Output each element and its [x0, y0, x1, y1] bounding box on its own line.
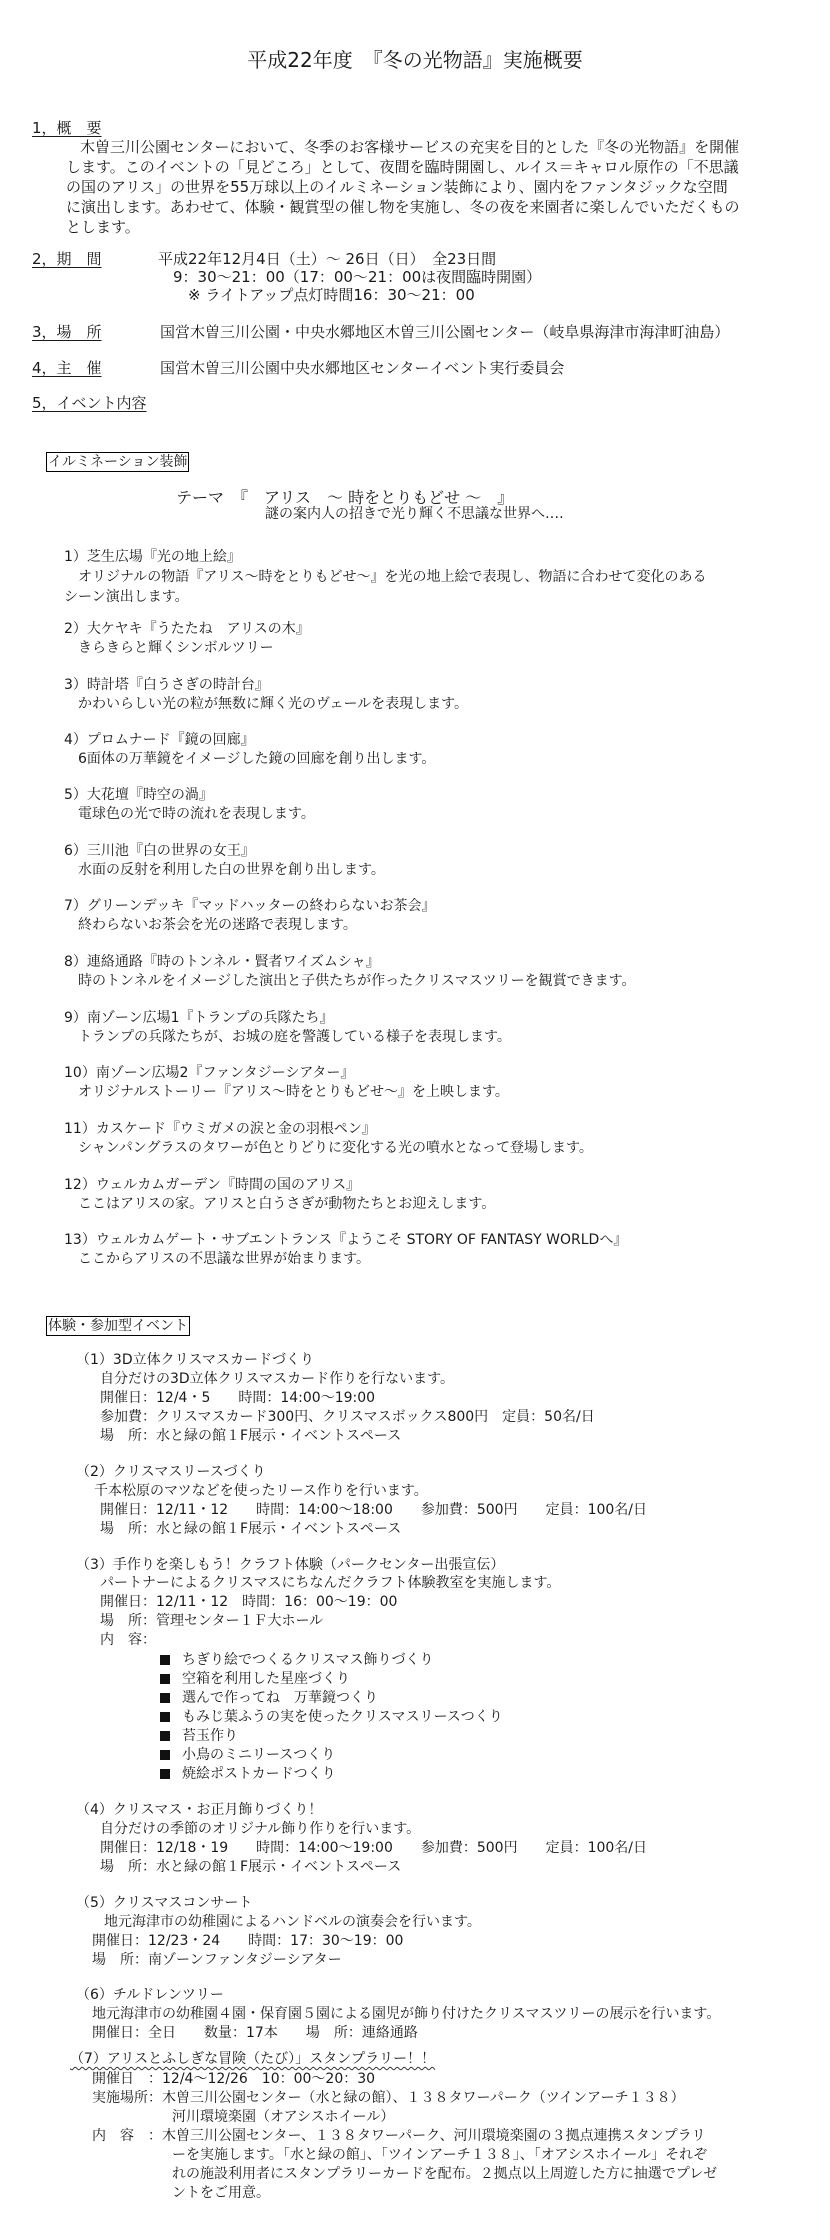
illumination-item-title: 6）三川池『白の世界の女王』 — [64, 842, 255, 861]
illumination-item-title: 1）芝生広場『光の地上絵』 — [64, 548, 241, 567]
event-line: 内 容： — [100, 1631, 156, 1650]
event-title: （4）クリスマス・お正月飾りづくり！ — [76, 1801, 322, 1820]
overview-line: 木曽三川公園センターにおいて、冬季のお客様サービスの充実を目的とした『冬の光物語… — [80, 137, 739, 157]
illumination-item-desc: 電球色の光で時の流れを表現します。 — [78, 805, 315, 824]
illumination-item-title: 4）プロムナード『鏡の回廊』 — [64, 731, 255, 750]
illumination-item-desc: きらきらと輝くシンボルツリー — [78, 639, 274, 658]
craft-bullet-item: ちぎり絵でつくるクリスマス飾りづくり — [160, 1651, 433, 1670]
section-heading-place: 3，場 所 — [32, 322, 102, 342]
illumination-item-title: 13）ウェルカムゲート・サブエントランス『ようこそ STORY OF FANTA… — [64, 1231, 627, 1250]
section-heading-host: 4，主 催 — [32, 358, 102, 378]
section-heading-events: 5，イベント内容 — [32, 393, 147, 413]
event-line: 千本松原のマツなどを使ったリース作りを行います。 — [94, 1482, 428, 1501]
event-line: 開催日：12/11・12 時間：16：00～19：00 — [100, 1593, 397, 1612]
section-heading-period: 2，期 間 — [32, 249, 102, 269]
square-bullet-icon — [160, 1750, 170, 1760]
illumination-item-title: 3）時計塔『白うさぎの時計台』 — [64, 676, 269, 695]
illumination-item-title: 8）連絡通路『時のトンネル・賢者ワイズムシャ』 — [64, 953, 380, 972]
period-hours: 9：30～21：00（17：00～21：00は夜間臨時開園） — [173, 267, 541, 287]
event-line: 場 所：水と緑の館１F展示・イベントスペース — [100, 1520, 401, 1539]
craft-bullet-item: 選んで作ってね 万華鏡つくり — [160, 1689, 378, 1708]
event-line: 場 所：水と緑の館１F展示・イベントスペース — [100, 1427, 401, 1446]
illumination-item-desc: シャンパングラスのタワーが色とりどりに変化する光の噴水となって登場します。 — [78, 1139, 593, 1158]
section-heading-overview: 1，概 要 — [32, 118, 102, 138]
event-line: 開催日：全日 数量：17本 場 所：連絡通路 — [92, 2024, 418, 2043]
illumination-item-desc: オリジナルストーリー『アリス～時をとりもどせ～』を上映します。 — [78, 1083, 509, 1102]
illumination-item-title: 9）南ゾーン広場1『トランプの兵隊たち』 — [64, 1009, 334, 1028]
illumination-item-desc: 水面の反射を利用した白の世界を創り出します。 — [78, 861, 385, 880]
event-line: 地元海津市の幼稚園によるハンドベルの演奏会を行います。 — [104, 1913, 481, 1932]
craft-bullet-item: 小鳥のミニリースつくり — [160, 1746, 335, 1765]
illumination-item-desc: かわいらしい光の粒が無数に輝く光のヴェールを表現します。 — [78, 695, 468, 714]
square-bullet-icon — [160, 1712, 170, 1722]
event-line: 場 所：水と緑の館１F展示・イベントスペース — [100, 1858, 401, 1877]
square-bullet-icon — [160, 1693, 170, 1703]
participation-label-box: 体験・参加型イベント — [46, 1316, 190, 1336]
event-title: （3）手作りを楽しもう！クラフト体験（パークセンター出張宣伝） — [76, 1556, 504, 1575]
event-title: （2）クリスマスリースづくり — [76, 1463, 266, 1482]
event-title: （5）クリスマスコンサート — [76, 1894, 252, 1913]
event-title-stamp-rally: （7）アリスとふしぎな冒険（たび）」スタンプラリー！！ — [70, 2050, 435, 2069]
illumination-item-desc: ここはアリスの家。アリスと白うさぎが動物たちとお迎えします。 — [78, 1195, 495, 1214]
illumination-item-desc: 終わらないお茶会を光の迷路で表現します。 — [78, 916, 357, 935]
place-text: 国営木曽三川公園・中央水郷地区木曽三川公園センター（岐阜県海津市海津町油島） — [160, 322, 729, 342]
illumination-item-desc: トランプの兵隊たちが、お城の庭を警護している様子を表現します。 — [78, 1028, 511, 1047]
overview-line: とします。 — [66, 217, 140, 237]
craft-bullet-item: 焼絵ポストカードつくり — [160, 1765, 336, 1784]
illumination-item-desc: 6面体の万華鏡をイメージした鏡の回廊を創り出します。 — [78, 750, 435, 769]
period-dates: 平成22年12月4日（土）～ 26日（日） 全23日間 — [158, 249, 496, 269]
illumination-item-title: 2）大ケヤキ『うたたね アリスの木』 — [64, 620, 310, 639]
illumination-label-box: イルミネーション装飾 — [46, 452, 189, 472]
document-title: 平成22年度 『冬の光物語』実施概要 — [0, 47, 830, 73]
event-line: 場 所：南ゾーンファンタジーシアター — [92, 1951, 342, 1970]
event-line: 参加費：クリスマスカード300円、クリスマスボックス800円 定員：50名/日 — [100, 1408, 595, 1427]
event-line: 開催日：12/23・24 時間：17：30～19：00 — [92, 1932, 403, 1951]
illumination-subtitle: 謎の案内人の招きで光り輝く不思議な世界へ‥‥ — [265, 505, 564, 524]
illumination-item-title: 7）グリーンデッキ『マッドハッターの終わらないお茶会』 — [64, 897, 436, 916]
illumination-item-title: 10）南ゾーン広場2『ファンタジーシアター』 — [64, 1064, 354, 1083]
event-line: ントをご用意。 — [172, 2184, 270, 2203]
craft-bullet-item: 苔玉作り — [160, 1727, 238, 1746]
craft-bullet-item: 空箱を利用した星座づくり — [160, 1670, 350, 1689]
overview-line: に演出します。あわせて、体験・観賞型の催し物を実施し、冬の夜を来園者に楽しんでい… — [66, 197, 740, 217]
event-line: ーを実施します。「水と緑の館」、「ツインアーチ１３８」、「オアシスホイール」それ… — [172, 2146, 707, 2165]
square-bullet-icon — [160, 1674, 170, 1684]
illumination-item-desc: ここからアリスの不思議な世界が始まります。 — [78, 1250, 370, 1269]
event-line: 自分だけの3D立体クリスマスカード作りを行ないます。 — [100, 1370, 454, 1389]
event-line: 場 所：管理センター１Ｆ大ホール — [100, 1612, 323, 1631]
event-line: 内 容 ：木曽三川公園センター、１３８タワーパーク、河川環境楽園の３拠点連携スタ… — [92, 2127, 706, 2146]
event-line: 開催日：12/4・5 時間：14:00～19:00 — [100, 1389, 375, 1408]
host-text: 国営木曽三川公園中央水郷地区センターイベント実行委員会 — [160, 358, 564, 378]
event-title: （1）3D立体クリスマスカードづくり — [76, 1351, 314, 1370]
illumination-item-title: 11）カスケード『ウミガメの涙と金の羽根ペン』 — [64, 1120, 376, 1139]
overview-line: の国のアリス」の世界を55万球以上のイルミネーション装飾により、園内をファンタジ… — [66, 177, 728, 197]
craft-bullet-item: もみじ葉ふうの実を使ったクリスマスリースつくり — [160, 1708, 503, 1727]
illumination-item-title: 5）大花壇『時空の渦』 — [64, 786, 213, 805]
event-line: 河川環境楽園（オアシスホイール） — [172, 2108, 394, 2127]
event-line: 開催日：12/11・12 時間：14:00～18:00 参加費：500円 定員：… — [100, 1501, 647, 1520]
event-title: （6）チルドレンツリー — [76, 1986, 224, 2005]
event-line: 開催日：12/18・19 時間：14:00～19:00 参加費：500円 定員：… — [100, 1839, 647, 1858]
illumination-item-desc: オリジナルの物語『アリス～時をとりもどせ～』を光の地上絵で表現し、物語に合わせて… — [78, 568, 706, 587]
illumination-item-title: 12）ウェルカムガーデン『時間の国のアリス』 — [64, 1176, 360, 1195]
event-line: 実施場所：木曽三川公園センター（水と緑の館）、１３８タワーパーク（ツインアーチ１… — [92, 2089, 685, 2108]
event-line: 地元海津市の幼稚園４園・保育園５園による園児が飾り付けたクリスマスツリーの展示を… — [92, 2005, 720, 2024]
illumination-item-desc: 時のトンネルをイメージした演出と子供たちが作ったクリスマスツリーを観賞できます。 — [78, 972, 635, 991]
period-lightup: ※ ライトアップ点灯時間16：30～21：00 — [188, 285, 475, 305]
event-line: れの施設利用者にスタンプラリーカードを配布。２拠点以上周遊した方に抽選でプレゼ — [172, 2165, 717, 2184]
square-bullet-icon — [160, 1731, 170, 1741]
illumination-item-desc: シーン演出します。 — [64, 588, 189, 607]
square-bullet-icon — [160, 1655, 170, 1665]
overview-line: します。このイベントの「見どころ」として、夜間を臨時開園し、ルイス＝キャロル原作… — [66, 157, 739, 177]
square-bullet-icon — [160, 1769, 170, 1779]
event-line: パートナーによるクリスマスにちなんだクラフト体験教室を実施します。 — [100, 1574, 560, 1593]
event-line: 開催日 ：12/4～12/26 10：00～20：30 — [92, 2070, 375, 2089]
event-line: 自分だけの季節のオリジナル飾り作りを行います。 — [100, 1820, 420, 1839]
